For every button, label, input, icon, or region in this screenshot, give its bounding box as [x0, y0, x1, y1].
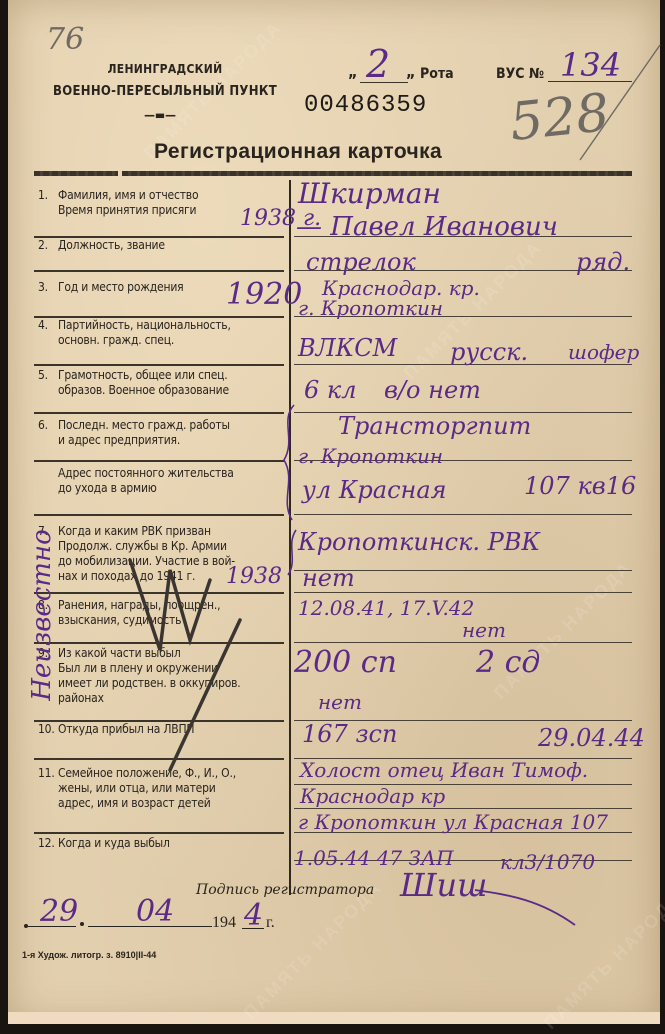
field-number: 4. [38, 318, 58, 333]
margin-note: Неизвестно [27, 515, 57, 715]
field-label-line: Когда и каким РВК призван [58, 524, 211, 538]
value-surname: Шкирман [298, 180, 441, 208]
field-number: 3. [38, 280, 58, 295]
value-arrival-date: 29.04.44 [538, 726, 645, 750]
value-last-work-city: г. Кропоткин [298, 446, 443, 466]
value-awards: нет [462, 620, 506, 640]
handwritten-brackets [276, 400, 306, 590]
value-captivity: нет [318, 692, 362, 712]
field-label-line: Должность, звание [58, 238, 165, 252]
org-divider: —▬— [140, 108, 180, 122]
field-label-6: 6.Последн. место гражд. работыи адрес пр… [38, 418, 278, 448]
entry-line [294, 808, 632, 809]
value-wars: нет [302, 566, 355, 590]
company-close-quote: „ [406, 62, 415, 81]
value-birthplace-region: Краснодар. кр. [322, 278, 480, 298]
row-divider [34, 364, 284, 366]
print-imprint: 1-я Худож. литогр. з. 8910|II-44 [22, 950, 156, 960]
value-rank: ряд. [576, 250, 630, 274]
field-label-line: адрес, имя и возраст детей [58, 796, 211, 810]
field-label-5: 5.Грамотность, общее или спец.образов. В… [38, 368, 278, 398]
row-divider [34, 270, 284, 272]
value-birth-year: 1920 [226, 280, 302, 310]
date-year-suffix: 4 [244, 898, 263, 933]
field-label-line: Год и место рождения [58, 280, 183, 294]
value-family-3: г Кропоткин ул Красная 107 [298, 812, 608, 832]
row-divider [34, 460, 284, 462]
field-number: 12. [38, 836, 58, 851]
value-oath-year: 1938 г. [240, 208, 321, 230]
field-number: 5. [38, 368, 58, 383]
entry-line [294, 642, 632, 643]
value-rvk: Кропоткинск. РВК [298, 530, 540, 554]
value-home-address: ул Красная [302, 478, 447, 502]
value-party: ВЛКСМ [298, 336, 397, 360]
value-military-education: в/о нет [384, 378, 481, 402]
field-number: 6. [38, 418, 58, 433]
archive-mark: 76 [46, 22, 84, 57]
value-last-work: Трансторгпит [338, 414, 531, 438]
field-label-line: основн. гражд. спец. [58, 333, 174, 347]
field-label-4: 4.Партийность, национальность,основн. гр… [38, 318, 278, 348]
title-rule [122, 171, 632, 176]
field-number: 1. [38, 188, 58, 203]
field-label-line: районах [58, 691, 104, 705]
entry-line [294, 514, 632, 515]
date-month: 04 [136, 894, 174, 929]
row-divider [34, 832, 284, 834]
company-open-quote: „ [348, 62, 357, 81]
org-name-line1: ЛЕНИНГРАДСКИЙ [40, 62, 290, 76]
value-departure-ref: кл3/1070 [500, 852, 595, 872]
value-education: 6 кл [304, 378, 357, 402]
org-name-line2: ВОЕННО-ПЕРЕСЫЛЬНЫЙ ПУНКТ [40, 84, 290, 99]
signature-label: Подпись регистратора [196, 882, 374, 898]
field-number: 2. [38, 238, 58, 253]
value-family-1: Холост отец Иван Тимоф. [300, 760, 588, 780]
row-divider [34, 514, 284, 516]
field-label-line: образов. Военное образование [58, 383, 229, 397]
signature-tail [470, 880, 580, 930]
company-value: 2 [366, 42, 390, 86]
field-number: 10. [38, 722, 58, 737]
field-label-line: Партийность, национальность, [58, 318, 231, 332]
value-arrived-from: 167 зсп [302, 722, 397, 746]
field-label-13: 12.Когда и куда выбыл [38, 836, 278, 851]
value-nationality: русск. [450, 340, 528, 364]
serial-number: 00486359 [304, 92, 427, 119]
field-label-7: Адрес постоянного жительствадо ухода в а… [38, 466, 278, 496]
field-label-line: и адрес предприятия. [58, 433, 180, 447]
value-specialty: шофер [568, 342, 639, 362]
date-dot [80, 922, 84, 926]
date-day: 29 [40, 894, 78, 929]
field-label-line: Когда и куда выбыл [58, 836, 170, 850]
row-divider [34, 412, 284, 414]
value-name-patronymic: — Павел Иванович [296, 214, 558, 240]
value-position: стрелок [306, 250, 416, 274]
value-family-2: Краснодар кр [300, 786, 445, 806]
entry-line [294, 592, 632, 593]
date-g: г. [266, 914, 275, 932]
value-unit: 200 сп [294, 648, 397, 678]
field-label-line: Последн. место гражд. работы [58, 418, 230, 432]
title-rule [34, 171, 118, 176]
value-division: 2 сд [476, 648, 540, 678]
field-label-line: Грамотность, общее или спец. [58, 368, 228, 382]
field-label-line: Время принятия присяги [58, 203, 196, 217]
value-home-address-number: 107 кв16 [524, 474, 636, 498]
date-year-prefix: 194 [212, 914, 236, 932]
field-label-line: Фамилия, имя и отчество [58, 188, 198, 202]
field-label-2: 2.Должность, звание [38, 238, 278, 253]
field-label-line: Адрес постоянного жительства [58, 466, 234, 480]
pencil-scribble [100, 540, 260, 780]
value-wounds: 12.08.41, 17.V.42 [298, 598, 474, 618]
value-departure: 1.05.44 47 ЗАП [294, 848, 454, 868]
pencil-stroke [560, 40, 665, 180]
field-number: 11. [38, 766, 58, 781]
vus-label: ВУС № [496, 66, 544, 82]
field-label-line: жены, или отца, или матери [58, 781, 216, 795]
value-birthplace-city: г. Кропоткин [298, 298, 443, 318]
field-label-line: до ухода в армию [58, 481, 157, 495]
card-title: Регистрационная карточка [154, 140, 442, 164]
card-bottom-edge [8, 1012, 660, 1024]
company-label: Рота [420, 66, 454, 82]
